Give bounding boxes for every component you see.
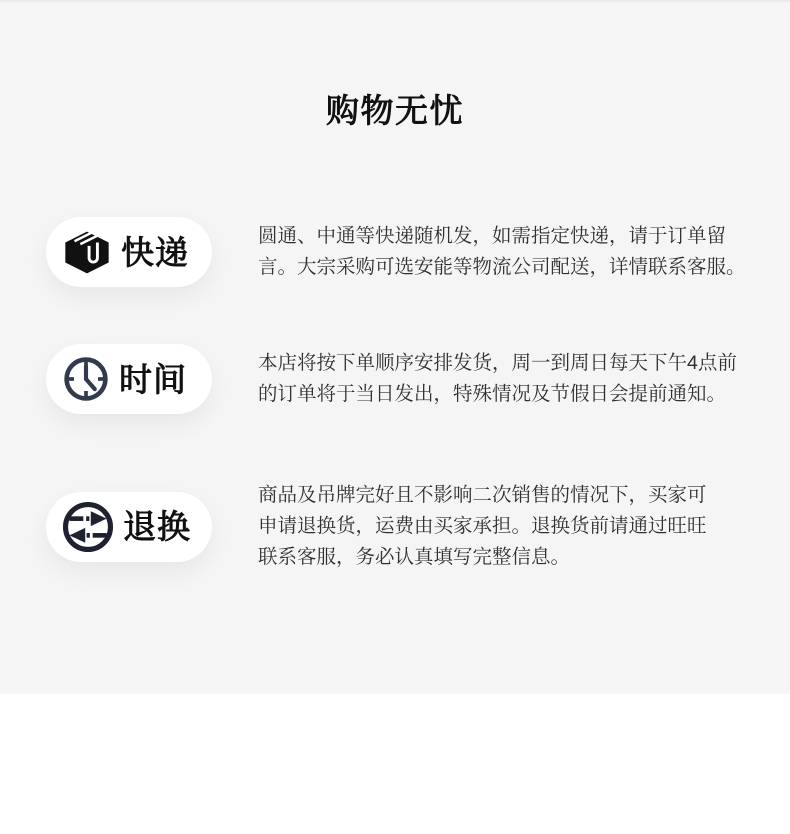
product-detail-service-section: 购物无忧 快递 圆通、中通等快递随机发，如需指定快递，请于订单留 言。大宗采购可… (0, 0, 790, 834)
express-badge: 快递 (46, 217, 212, 287)
clock-icon (62, 355, 110, 403)
badge-label-express: 快递 (121, 236, 189, 269)
package-icon (62, 230, 112, 275)
description-line: 言。大宗采购可选安能等物流公司配送，详情联系客服。 (258, 252, 746, 283)
service-row-express: 快递 圆通、中通等快递随机发，如需指定快递，请于订单留 言。大宗采购可选安能等物… (0, 217, 790, 287)
description-line: 的订单将于当日发出，特殊情况及节假日会提前通知。 (258, 379, 737, 410)
shopping-assurance-panel: 购物无忧 快递 圆通、中通等快递随机发，如需指定快递，请于订单留 言。大宗采购可… (0, 2, 790, 694)
time-description: 本店将按下单顺序安排发货，周一到周日每天下午4点前 的订单将于当日发出，特殊情况… (258, 348, 737, 410)
section-title: 购物无忧 (0, 2, 790, 132)
time-badge: 时间 (46, 344, 212, 414)
description-line: 联系客服，务必认真填写完整信息。 (258, 542, 707, 573)
service-row-time: 时间 本店将按下单顺序安排发货，周一到周日每天下午4点前 的订单将于当日发出，特… (0, 344, 790, 414)
description-line: 本店将按下单顺序安排发货，周一到周日每天下午4点前 (258, 348, 737, 379)
description-line: 圆通、中通等快递随机发，如需指定快递，请于订单留 (258, 221, 746, 252)
return-badge: 退换 (46, 492, 212, 562)
return-description: 商品及吊牌完好且不影响二次销售的情况下，买家可 申请退换货，运费由买家承担。退换… (258, 480, 707, 573)
badge-label-time: 时间 (119, 363, 187, 396)
badge-label-return: 退换 (123, 510, 191, 543)
express-description: 圆通、中通等快递随机发，如需指定快递，请于订单留 言。大宗采购可选安能等物流公司… (258, 221, 746, 283)
service-row-return: 退换 商品及吊牌完好且不影响二次销售的情况下，买家可 申请退换货，运费由买家承担… (0, 480, 790, 573)
exchange-icon (62, 501, 114, 553)
description-line: 申请退换货，运费由买家承担。退换货前请通过旺旺 (258, 511, 707, 542)
description-line: 商品及吊牌完好且不影响二次销售的情况下，买家可 (258, 480, 707, 511)
